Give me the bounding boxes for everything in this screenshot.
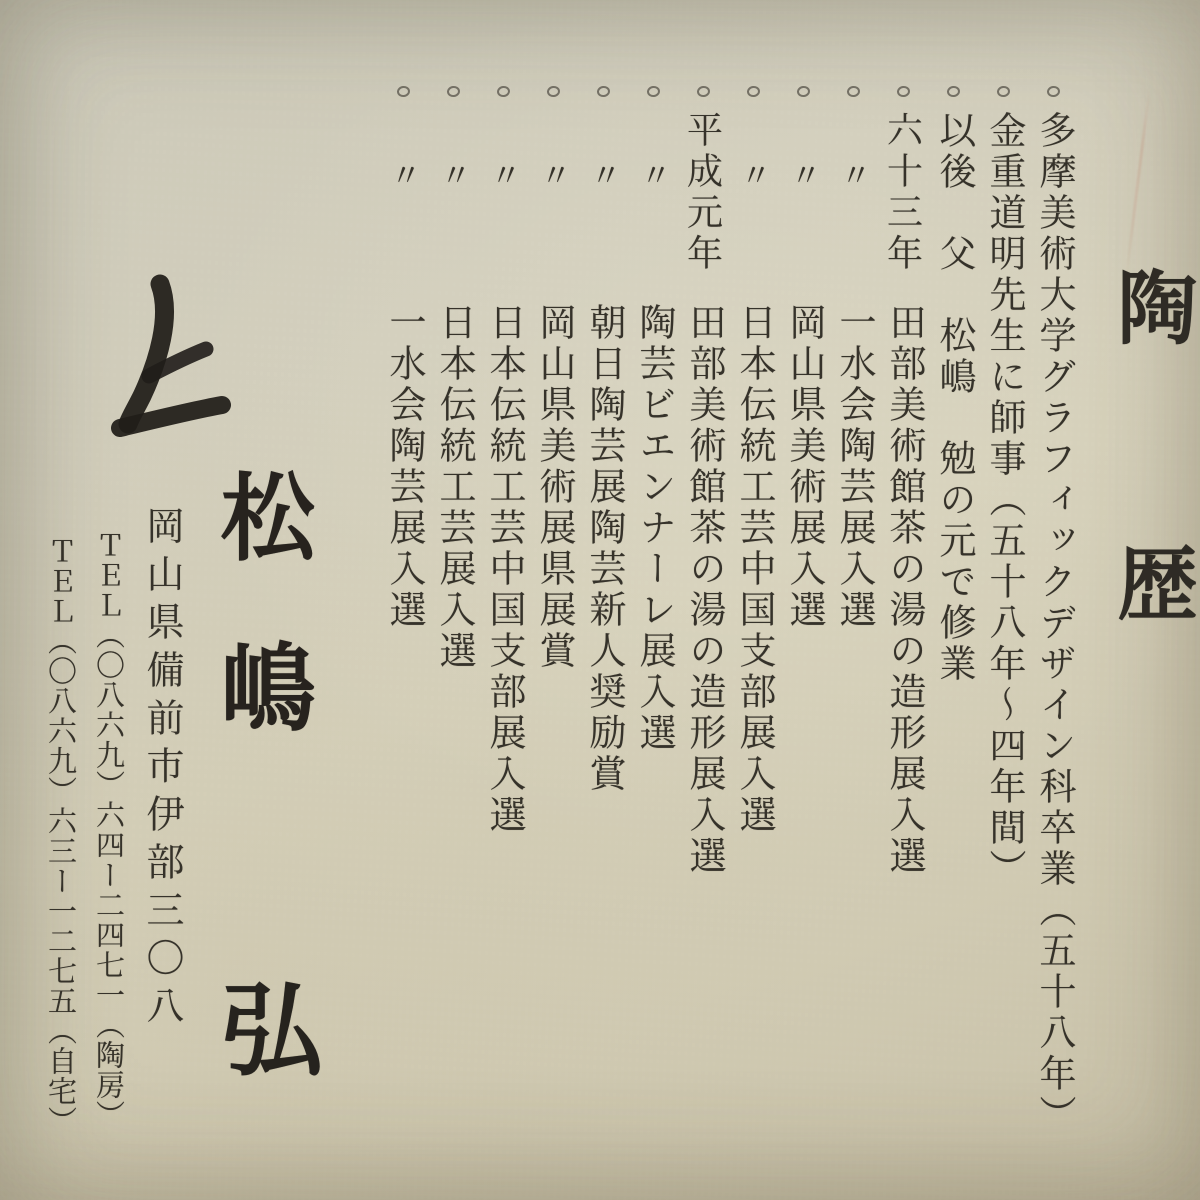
- entry-text: 以後 父 松嶋 勉の元で修業: [928, 111, 978, 685]
- resume-entry: 〃 一水会陶芸展入選: [378, 84, 428, 1194]
- tel-studio-line: ＴＥＬ（〇八六九）六四ー二四七一（陶房）: [88, 530, 129, 1130]
- artist-given-name: 弘: [190, 978, 334, 1078]
- resume-entries: 多摩美術大学グラフィックデザイン科卒業（五十八年） 金重道明先生に師事（五十八年…: [378, 84, 1078, 1194]
- address-line: 岡山県備前市伊部三〇八: [134, 506, 189, 1034]
- tel-home-line: ＴＥＬ（〇八六九）六三ー一二七五（自宅）: [40, 536, 81, 1136]
- entry-text: 一水会陶芸展入選: [378, 303, 428, 631]
- entry-bullet-icon: [546, 85, 560, 98]
- entry-bullet-icon: [996, 85, 1010, 98]
- entry-text: 岡山県美術展県展賞: [528, 303, 578, 672]
- resume-entry: 〃 日本伝統工芸中国支部展入選: [478, 84, 528, 1194]
- resume-entry: 〃 日本伝統工芸展入選: [428, 84, 478, 1194]
- resume-entry: 以後 父 松嶋 勉の元で修業: [928, 84, 978, 1194]
- entry-bullet-icon: [746, 85, 760, 98]
- entry-bullet-icon: [896, 85, 910, 98]
- page-title: 陶歴: [1092, 266, 1200, 818]
- entry-text: 陶芸ビエンナーレ展入選: [628, 303, 678, 754]
- entry-text: 金重道明先生に師事（五十八年～四年間）: [978, 111, 1028, 890]
- resume-entry: 平成元年 田部美術館茶の湯の造形展入選: [678, 84, 728, 1194]
- entry-ditto-mark: 〃: [731, 111, 776, 303]
- entry-bullet-icon: [446, 85, 460, 98]
- entry-bullet-icon: [946, 85, 960, 98]
- resume-entry: 〃 一水会陶芸展入選: [828, 84, 878, 1194]
- entry-text: 田部美術館茶の湯の造形展入選: [678, 303, 728, 877]
- entry-bullet-icon: [596, 85, 610, 98]
- entry-bullet-icon: [846, 85, 860, 98]
- entry-year: 六十三年: [878, 111, 929, 303]
- artist-family-name: 松嶋: [192, 468, 328, 808]
- entry-bullet-icon: [646, 85, 660, 98]
- entry-bullet-icon: [696, 85, 710, 98]
- entry-ditto-mark: 〃: [831, 111, 876, 303]
- entry-ditto-mark: 〃: [481, 111, 526, 303]
- entry-text: 朝日陶芸展陶芸新人奨励賞: [578, 303, 628, 795]
- entry-ditto-mark: 〃: [631, 111, 676, 303]
- entry-year: 平成元年: [678, 111, 729, 303]
- resume-entry: 六十三年 田部美術館茶の湯の造形展入選: [878, 84, 928, 1194]
- resume-entry: 〃 岡山県美術展県展賞: [528, 84, 578, 1194]
- resume-entry: 〃 陶芸ビエンナーレ展入選: [628, 84, 678, 1194]
- entry-bullet-icon: [396, 85, 410, 98]
- entry-text: 田部美術館茶の湯の造形展入選: [878, 303, 928, 877]
- resume-entry: 〃 岡山県美術展入選: [778, 84, 828, 1194]
- resume-entry: 金重道明先生に師事（五十八年～四年間）: [978, 84, 1028, 1194]
- resume-entry: 多摩美術大学グラフィックデザイン科卒業（五十八年）: [1028, 84, 1078, 1194]
- entry-text: 日本伝統工芸展入選: [428, 303, 478, 672]
- entry-ditto-mark: 〃: [781, 111, 826, 303]
- entry-text: 岡山県美術展入選: [778, 303, 828, 631]
- entry-text: 一水会陶芸展入選: [828, 303, 878, 631]
- resume-entry: 〃 日本伝統工芸中国支部展入選: [728, 84, 778, 1194]
- entry-bullet-icon: [496, 85, 510, 98]
- entry-text: 日本伝統工芸中国支部展入選: [478, 303, 528, 836]
- entry-ditto-mark: 〃: [431, 111, 476, 303]
- entry-ditto-mark: 〃: [581, 111, 626, 303]
- entry-ditto-mark: 〃: [381, 111, 426, 303]
- entry-ditto-mark: 〃: [531, 111, 576, 303]
- resume-entry: 〃 朝日陶芸展陶芸新人奨励賞: [578, 84, 628, 1194]
- entry-bullet-icon: [1046, 85, 1060, 98]
- entry-text: 日本伝統工芸中国支部展入選: [728, 303, 778, 836]
- entry-bullet-icon: [796, 85, 810, 98]
- entry-text: 多摩美術大学グラフィックデザイン科卒業（五十八年）: [1028, 111, 1078, 1136]
